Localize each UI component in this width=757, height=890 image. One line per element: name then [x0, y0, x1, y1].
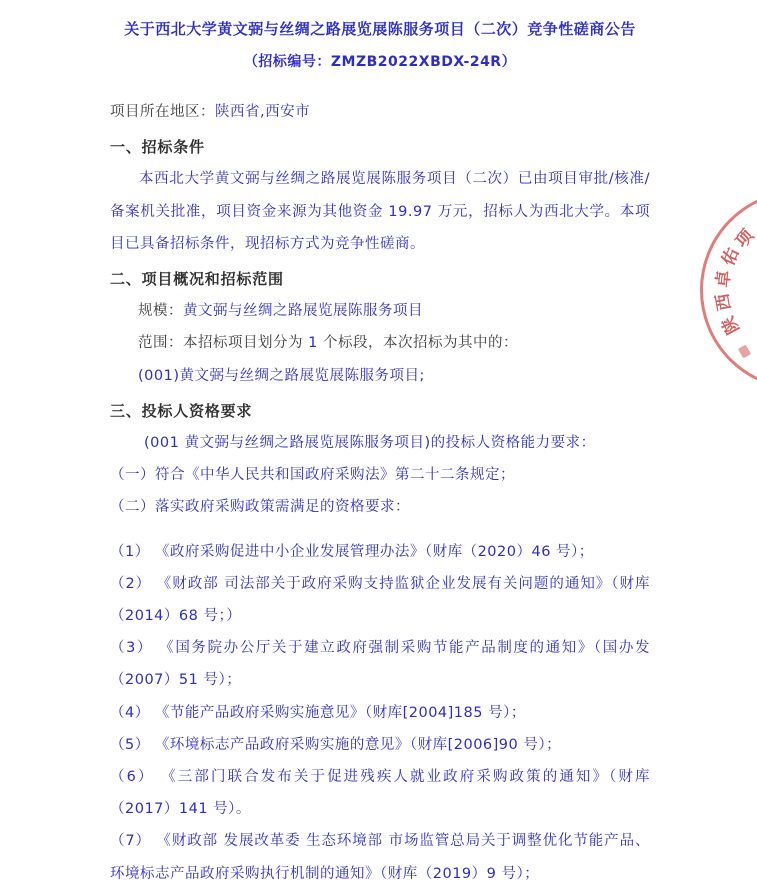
tender-number: （招标编号：ZMZB2022XBDX-24R） [110, 46, 650, 79]
policy-item-1: （1） 《政府采购促进中小企业发展管理办法》（财库（2020）46 号）； [110, 536, 650, 568]
qualification-item-2: （二）落实政府采购政策需满足的资格要求： [110, 491, 650, 523]
policy-item-5: （5） 《环境标志产品政府采购实施的意见》（财库[2006]90 号）； [110, 729, 650, 761]
scope-text-suffix: 个标段，本次招标为其中的： [318, 335, 518, 351]
scope-lot-count: 1 [308, 335, 318, 351]
project-scale-line: 规模：黄文弼与丝绸之路展览展陈服务项目 [110, 295, 650, 327]
policy-item-2: （2） 《财政部 司法部关于政府采购支持监狱企业发展有关问题的通知》（财库（20… [110, 568, 650, 632]
section-heading-project-overview: 二、项目概况和招标范围 [110, 263, 650, 295]
qualification-item-1: （一）符合《中华人民共和国政府采购法》第二十二条规定； [110, 459, 650, 491]
page-title: 关于西北大学黄文弼与丝绸之路展览展陈服务项目（二次）竞争性磋商公告 [110, 13, 650, 46]
policy-item-7: （7） 《财政部 发展改革委 生态环境部 市场监管总局关于调整优化节能产品、环境… [110, 825, 650, 889]
section-heading-tender-conditions: 一、招标条件 [110, 131, 650, 163]
location-label: 项目所在地区： [110, 104, 215, 120]
scope-text-prefix: 范围：本招标项目划分为 [138, 335, 308, 351]
policy-item-3: （3） 《国务院办公厅关于建立政府强制采购节能产品制度的通知》（国办发（2007… [110, 632, 650, 696]
tender-conditions-paragraph: 本西北大学黄文弼与丝绸之路展览展陈服务项目（二次）已由项目审批/核准/备案机关批… [110, 163, 650, 260]
scale-label: 规模： [138, 303, 183, 319]
lot-001-line: (001)黄文弼与丝绸之路展览展陈服务项目; [110, 360, 650, 392]
policy-document-list: （1） 《政府采购促进中小企业发展管理办法》（财库（2020）46 号）； （2… [110, 536, 650, 890]
announcement-page: 关于西北大学黄文弼与丝绸之路展览展陈服务项目（二次）竞争性磋商公告 （招标编号：… [0, 0, 757, 890]
scale-value: 黄文弼与丝绸之路展览展陈服务项目 [183, 303, 423, 319]
project-scope-line: 范围：本招标项目划分为 1 个标段，本次招标为其中的： [110, 327, 650, 359]
policy-item-4: （4） 《节能产品政府采购实施意见》（财库[2004]185 号）； [110, 697, 650, 729]
location-value-link[interactable]: 陕西省,西安市 [215, 104, 310, 120]
document-content: 关于西北大学黄文弼与丝绸之路展览展陈服务项目（二次）竞争性磋商公告 （招标编号：… [0, 0, 757, 890]
section-heading-bidder-qualifications: 三、投标人资格要求 [110, 395, 650, 427]
policy-item-6: （6） 《三部门联合发布关于促进残疾人就业政府采购政策的通知》（财库（2017）… [110, 761, 650, 825]
qualification-intro-line: (001 黄文弼与丝绸之路展览展陈服务项目)的投标人资格能力要求： [110, 427, 650, 459]
project-location-line: 项目所在地区：陕西省,西安市 [110, 96, 650, 128]
